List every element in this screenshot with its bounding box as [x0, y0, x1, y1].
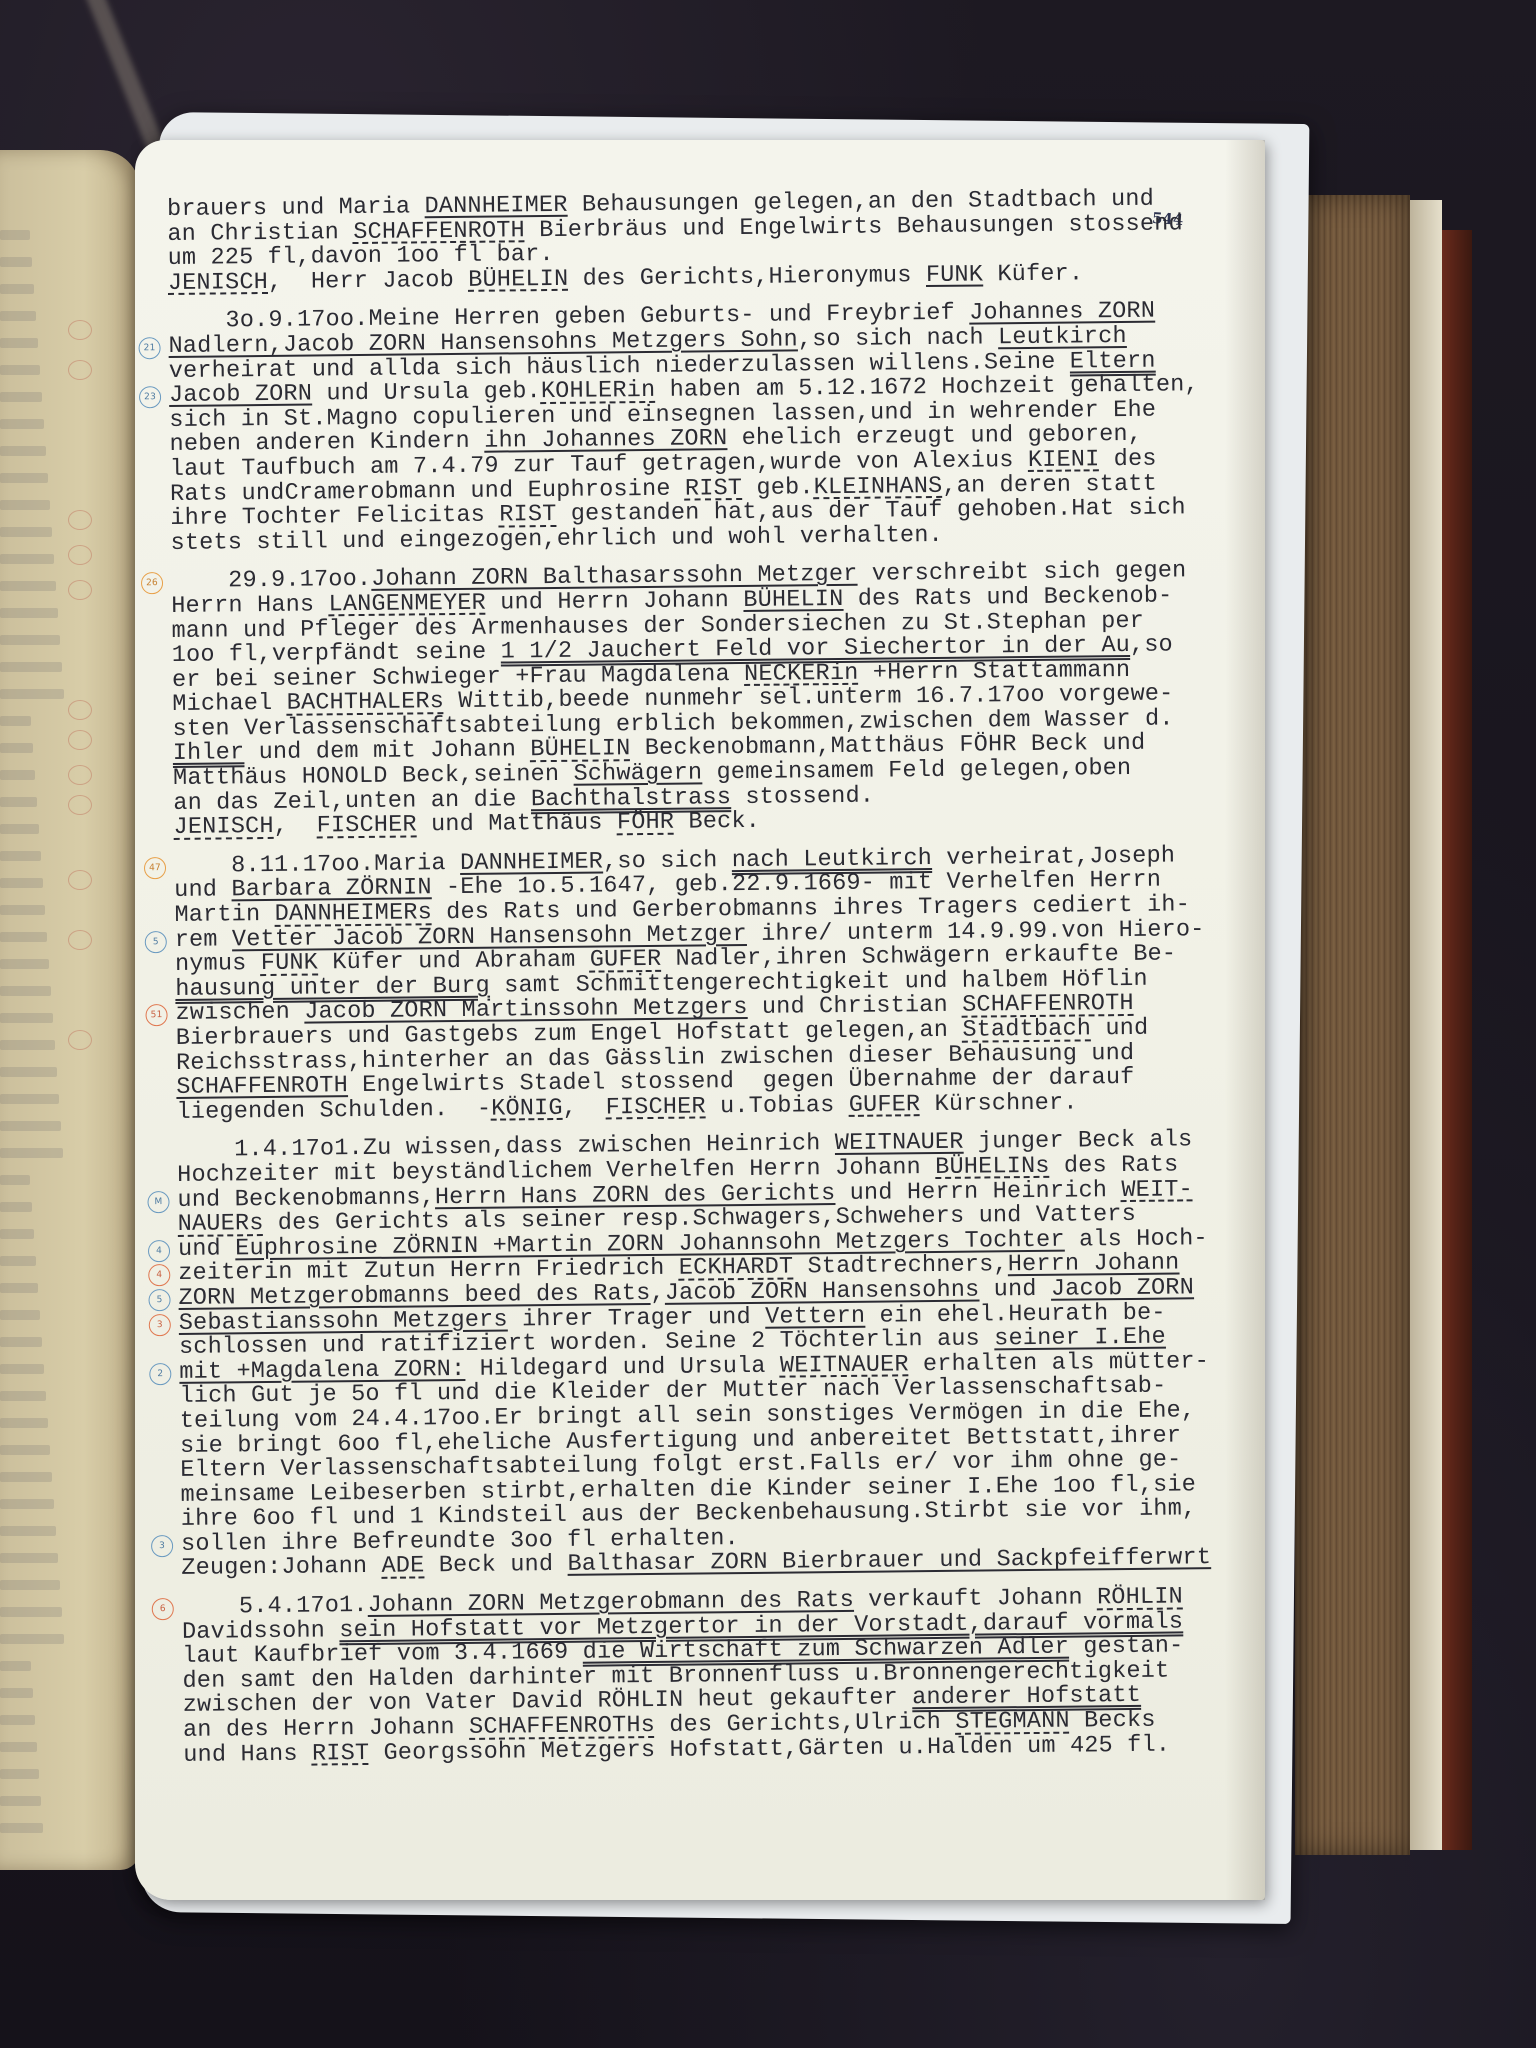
- margin-annotation: 3: [149, 1314, 171, 1336]
- text-segment: gemeinsamem Feld gelegen,oben: [702, 755, 1131, 786]
- text-segment: geb.: [742, 474, 814, 502]
- ghost-annotation: [68, 795, 92, 815]
- text-segment: nymus: [175, 950, 261, 978]
- text-segment: Beck.: [674, 808, 760, 836]
- text-segment: u.Tobias: [706, 1092, 849, 1120]
- ghost-text: [0, 257, 32, 267]
- ghost-text: [0, 1202, 32, 1212]
- ghost-text: [0, 797, 37, 807]
- underlined-name: JENISCH: [173, 813, 273, 841]
- ghost-text: [0, 1364, 44, 1374]
- ghost-text: [0, 554, 54, 564]
- text-segment: und Hans: [183, 1740, 312, 1768]
- ghost-text: [0, 662, 62, 672]
- ghost-text: [0, 608, 58, 618]
- document-entry: 5.4.17o1.Johann ZORN Metzgerobmann des R…: [182, 1585, 1254, 1768]
- ghost-text: [0, 1769, 39, 1779]
- ghost-text: [0, 1742, 37, 1752]
- ghost-text: [0, 1256, 36, 1266]
- ghost-text: [0, 770, 35, 780]
- ghost-text: [0, 500, 50, 510]
- document-body: brauers und Maria DANNHEIMER Behausungen…: [167, 187, 1254, 1782]
- ghost-text: [0, 284, 34, 294]
- ghost-text: [0, 743, 33, 753]
- underlined-name: RÖHLIN: [1097, 1584, 1183, 1612]
- ghost-text: [0, 230, 30, 240]
- ghost-text: [0, 1229, 34, 1239]
- underlined-name: GUFER: [590, 946, 662, 974]
- margin-annotation: 47: [144, 857, 166, 879]
- underlined-name: FUNK: [926, 261, 983, 289]
- book-page-edges: [1295, 195, 1410, 1855]
- ghost-text: [0, 1310, 40, 1320]
- margin-annotation: 2: [149, 1363, 171, 1385]
- ghost-annotation: [68, 700, 92, 720]
- ghost-text: [0, 1715, 35, 1725]
- margin-annotation: 4: [148, 1264, 170, 1286]
- ghost-text: [0, 1607, 62, 1617]
- ghost-text: [0, 1553, 58, 1563]
- ghost-text: [0, 635, 60, 645]
- margin-annotation: 26: [141, 572, 163, 594]
- ghost-annotation: [68, 870, 92, 890]
- margin-annotation: 21: [138, 337, 160, 359]
- text-segment: , Herr Jacob: [268, 267, 469, 296]
- text-segment: des Gerichts,Hieronymus: [568, 262, 926, 293]
- ghost-text: [0, 1499, 54, 1509]
- ghost-text: [0, 1121, 61, 1131]
- margin-annotation: 6: [152, 1598, 174, 1620]
- text-segment: rem: [175, 926, 232, 954]
- text-segment: ,: [274, 813, 317, 840]
- text-segment: und: [1091, 1015, 1148, 1043]
- ghost-text: [0, 311, 36, 321]
- text-segment: stossend.: [731, 782, 874, 810]
- ghost-text: [0, 1445, 50, 1455]
- book-cover: [1442, 230, 1472, 1850]
- ghost-text: [0, 1661, 31, 1671]
- typewritten-page: 544 brauers und Maria DANNHEIMER Behausu…: [135, 140, 1265, 1900]
- text-segment: ,so: [1130, 632, 1173, 659]
- document-entry: 8.11.17oo.Maria DANNHEIMER,so sich nach …: [174, 844, 1247, 1126]
- underlined-name: FISCHER: [606, 1093, 706, 1121]
- ghost-text: [0, 338, 38, 348]
- ghost-text: [0, 1634, 64, 1644]
- margin-annotation: 5: [148, 1289, 170, 1311]
- ghost-text: [0, 689, 64, 699]
- underlined-name: RIST: [685, 475, 742, 503]
- ghost-text: [0, 1283, 38, 1293]
- text-segment: als Hoch-: [1065, 1225, 1208, 1253]
- underlined-name: KÖNIG: [491, 1095, 563, 1123]
- ghost-text: [0, 1067, 57, 1077]
- ghost-annotation: [68, 545, 92, 565]
- ghost-annotation: [68, 580, 92, 600]
- ghost-annotation: [68, 765, 92, 785]
- underlined-name: KIENI: [1028, 446, 1100, 474]
- text-segment: ,: [650, 1280, 665, 1307]
- ghost-annotation: [68, 930, 92, 950]
- underlined-name: Balthasar ZORN Bierbrauer und Sackpfeiff…: [567, 1545, 1211, 1579]
- ghost-annotation: [68, 510, 92, 530]
- ghost-text: [0, 1148, 63, 1158]
- ghost-text: [0, 419, 44, 429]
- ghost-text: [0, 959, 49, 969]
- underlined-name: FISCHER: [316, 812, 416, 840]
- ghost-text: [0, 1418, 48, 1428]
- ghost-text: [0, 824, 39, 834]
- text-segment: und: [174, 877, 231, 905]
- ghost-text: [0, 986, 51, 996]
- facing-left-page: [0, 150, 140, 1870]
- underlined-name: RIST: [499, 501, 556, 529]
- underlined-name: NAUERs: [178, 1210, 264, 1238]
- underlined-name: ADE: [381, 1553, 424, 1580]
- ghost-annotation: [68, 730, 92, 750]
- document-entry: 29.9.17oo.Johann ZORN Balthasarssohn Met…: [171, 559, 1244, 841]
- margin-annotation: 23: [139, 386, 161, 408]
- document-entry: brauers und Maria DANNHEIMER Behausungen…: [167, 187, 1238, 297]
- ghost-text: [0, 1796, 41, 1806]
- ghost-text: [0, 1472, 52, 1482]
- ghost-text: [0, 473, 48, 483]
- text-segment: Becks: [1070, 1707, 1156, 1735]
- margin-annotation: 5: [145, 931, 167, 953]
- ghost-text: [0, 1094, 59, 1104]
- margin-annotation: 4: [148, 1240, 170, 1262]
- underlined-name: WEIT-: [1121, 1176, 1193, 1204]
- document-entry: 3o.9.17oo.Meine Herren geben Geburts- un…: [168, 299, 1241, 556]
- ghost-text: [0, 392, 42, 402]
- text-segment: und: [979, 1276, 1051, 1304]
- ghost-text: [0, 716, 31, 726]
- ghost-text: [0, 581, 56, 591]
- ghost-text: [0, 905, 45, 915]
- ghost-text: [0, 1175, 30, 1185]
- underlined-name: RIST: [312, 1740, 369, 1768]
- underlined-name: GUFER: [849, 1091, 921, 1119]
- underlined-name: Eltern: [1070, 347, 1156, 375]
- text-segment: des: [1099, 446, 1156, 474]
- text-segment: ,: [563, 1094, 606, 1121]
- ghost-text: [0, 878, 43, 888]
- ghost-text: [0, 365, 40, 375]
- document-entry: 1.4.17o1.Zu wissen,dass zwischen Heinric…: [177, 1128, 1252, 1582]
- ghost-text: [0, 1013, 53, 1023]
- margin-annotation: 51: [145, 1004, 167, 1026]
- text-segment: Beck und: [424, 1551, 567, 1579]
- underlined-name: FUNK: [261, 950, 318, 978]
- underlined-name: BÜHELIN: [468, 266, 568, 294]
- underlined-name: JENISCH: [168, 269, 268, 297]
- ghost-text: [0, 1526, 56, 1536]
- ghost-text: [0, 932, 47, 942]
- ghost-text: [0, 1580, 60, 1590]
- book-page-block: [1410, 200, 1442, 1850]
- text-segment: liegenden Schulden. -: [176, 1095, 491, 1125]
- ghost-text: [0, 1688, 33, 1698]
- underlined-name: Jacob ZORN: [1051, 1274, 1194, 1302]
- text-segment: Kürschner.: [920, 1089, 1078, 1118]
- margin-annotation: M: [147, 1191, 169, 1213]
- text-segment: Zeugen:Johann: [181, 1553, 382, 1582]
- underlined-name: Ihler: [173, 740, 245, 768]
- ghost-annotation: [68, 1030, 92, 1050]
- ghost-text: [0, 1040, 55, 1050]
- text-segment: und: [178, 1235, 235, 1263]
- text-segment: und Matthäus: [417, 810, 618, 839]
- ghost-text: [0, 1823, 43, 1833]
- underlined-name: FÖHR: [617, 809, 674, 837]
- ghost-annotation: [68, 360, 92, 380]
- text-segment: Küfer.: [983, 260, 1083, 288]
- ghost-text: [0, 1391, 46, 1401]
- ghost-text: [0, 851, 41, 861]
- ghost-text: [0, 446, 46, 456]
- margin-annotation: 3: [151, 1535, 173, 1557]
- ghost-text: [0, 527, 52, 537]
- ghost-text: [0, 1337, 42, 1347]
- ghost-annotation: [68, 320, 92, 340]
